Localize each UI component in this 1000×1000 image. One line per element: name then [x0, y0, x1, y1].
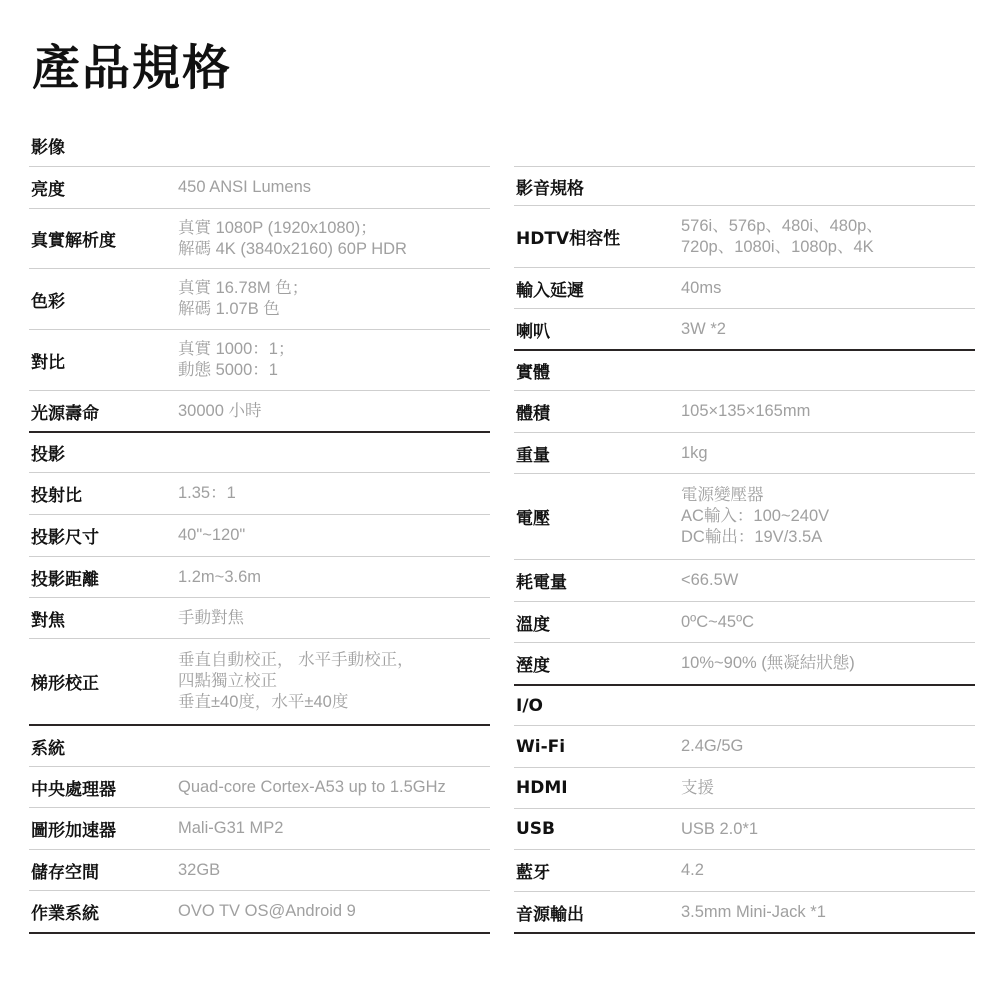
section-title: 系統	[29, 734, 65, 759]
spec-value: USB 2.0*1	[681, 819, 758, 840]
spec-label: 儲存空間	[29, 858, 178, 883]
spec-label: 作業系統	[29, 899, 178, 924]
spec-value: <66.5W	[681, 570, 738, 591]
spec-value: 40"~120"	[178, 525, 245, 546]
spec-label: 圖形加速器	[29, 816, 178, 841]
table-end-divider	[29, 932, 490, 934]
spec-label: 耗電量	[514, 568, 681, 593]
spec-row-speaker: 喇叭 3W *2	[514, 308, 975, 349]
spec-row-projection-distance: 投影距離 1.2m~3.6m	[29, 556, 490, 597]
section-header-av: 影音規格	[514, 166, 975, 205]
spec-row-humidity: 溼度 10%~90% (無凝結狀態)	[514, 642, 975, 684]
spec-row-os: 作業系統 OVO TV OS@Android 9	[29, 890, 490, 932]
spec-row-wifi: Wi-Fi 2.4G/5G	[514, 725, 975, 767]
spec-label: Wi-Fi	[514, 737, 681, 757]
spec-column-left: 影像 亮度 450 ANSI Lumens 真實解析度 真實 1080P (19…	[29, 125, 490, 934]
spec-row-throw-ratio: 投射比 1.35：1	[29, 472, 490, 514]
spec-row-power-consumption: 耗電量 <66.5W	[514, 559, 975, 601]
spec-value: 30000 小時	[178, 401, 261, 422]
spec-label: 溼度	[514, 651, 681, 676]
section-header-image: 影像	[29, 125, 490, 166]
spec-label: 真實解析度	[29, 226, 178, 251]
spec-row-voltage: 電壓 電源變壓器 AC輸入：100~240V DC輸出：19V/3.5A	[514, 473, 975, 559]
spec-label: 中央處理器	[29, 775, 178, 800]
spec-label: HDTV相容性	[514, 224, 681, 249]
spec-value: 32GB	[178, 860, 220, 881]
spec-label: 喇叭	[514, 317, 681, 342]
section-header-projection: 投影	[29, 431, 490, 472]
spec-row-usb: USB USB 2.0*1	[514, 808, 975, 849]
spec-label: 體積	[514, 399, 681, 424]
section-title: 影像	[29, 133, 65, 158]
section-title: I/O	[514, 696, 543, 716]
spec-label: 電壓	[514, 504, 681, 529]
spec-value: 40ms	[681, 278, 721, 299]
spec-value: 電源變壓器 AC輸入：100~240V DC輸出：19V/3.5A	[681, 485, 829, 548]
spec-row-keystone: 梯形校正 垂直自動校正， 水平手動校正， 四點獨立校正 垂直±40度，水平±40…	[29, 638, 490, 724]
spec-label: 藍牙	[514, 858, 681, 883]
spec-label: 對焦	[29, 606, 178, 631]
section-header-io: I/O	[514, 684, 975, 725]
spec-label: 音源輸出	[514, 900, 681, 925]
spec-value: Quad-core Cortex-A53 up to 1.5GHz	[178, 777, 446, 798]
spec-label: 對比	[29, 348, 178, 373]
spec-value: 2.4G/5G	[681, 736, 743, 757]
spec-value: 4.2	[681, 860, 704, 881]
spec-value: 垂直自動校正， 水平手動校正， 四點獨立校正 垂直±40度，水平±40度	[178, 650, 414, 713]
spec-row-weight: 重量 1kg	[514, 432, 975, 473]
spec-value: 手動對焦	[178, 608, 244, 629]
spec-value: 1.35：1	[178, 483, 236, 504]
spec-label: 溫度	[514, 610, 681, 635]
spec-row-hdmi: HDMI 支援	[514, 767, 975, 808]
spec-row-brightness: 亮度 450 ANSI Lumens	[29, 166, 490, 208]
spec-row-color: 色彩 真實 16.78M 色； 解碼 1.07B 色	[29, 268, 490, 329]
spec-row-bluetooth: 藍牙 4.2	[514, 849, 975, 891]
page-title: 產品規格	[32, 38, 232, 98]
spec-value: 3W *2	[681, 319, 726, 340]
spec-value: 1.2m~3.6m	[178, 567, 261, 588]
spec-value: Mali-G31 MP2	[178, 818, 283, 839]
spec-label: USB	[514, 819, 681, 839]
spec-value: OVO TV OS@Android 9	[178, 901, 356, 922]
spec-row-audio-out: 音源輸出 3.5mm Mini-Jack *1	[514, 891, 975, 932]
spec-label: 光源壽命	[29, 399, 178, 424]
spec-column-right: 影音規格 HDTV相容性 576i、576p、480i、480p、 720p、1…	[514, 125, 975, 934]
spec-label: 輸入延遲	[514, 276, 681, 301]
spec-row-hdtv: HDTV相容性 576i、576p、480i、480p、 720p、1080i、…	[514, 205, 975, 267]
spec-value: 576i、576p、480i、480p、 720p、1080i、1080p、4K	[681, 216, 883, 258]
spec-row-contrast: 對比 真實 1000：1； 動態 5000：1	[29, 329, 490, 390]
spec-row-cpu: 中央處理器 Quad-core Cortex-A53 up to 1.5GHz	[29, 766, 490, 807]
spec-value: 真實 1000：1； 動態 5000：1	[178, 339, 294, 381]
spec-label: 亮度	[29, 175, 178, 200]
spec-row-lamp-life: 光源壽命 30000 小時	[29, 390, 490, 431]
spec-value: 0ºC~45ºC	[681, 612, 754, 633]
spec-label: 投影距離	[29, 565, 178, 590]
spec-value: 支援	[681, 778, 714, 799]
spec-row-temperature: 溫度 0ºC~45ºC	[514, 601, 975, 642]
spec-label: 重量	[514, 441, 681, 466]
spec-value: 真實 16.78M 色； 解碼 1.07B 色	[178, 278, 308, 320]
spec-label: 投射比	[29, 481, 178, 506]
spec-label: 色彩	[29, 287, 178, 312]
spec-value: 3.5mm Mini-Jack *1	[681, 902, 826, 923]
section-header-system: 系統	[29, 724, 490, 766]
top-spacer	[514, 125, 975, 166]
spec-value: 1kg	[681, 443, 708, 464]
spec-value: 真實 1080P (1920x1080)； 解碼 4K (3840x2160) …	[178, 218, 407, 260]
section-title: 影音規格	[514, 174, 584, 199]
section-header-physical: 實體	[514, 349, 975, 390]
spec-row-focus: 對焦 手動對焦	[29, 597, 490, 638]
table-end-divider	[514, 932, 975, 934]
spec-row-input-lag: 輸入延遲 40ms	[514, 267, 975, 308]
spec-row-gpu: 圖形加速器 Mali-G31 MP2	[29, 807, 490, 849]
spec-row-storage: 儲存空間 32GB	[29, 849, 490, 890]
spec-row-projection-size: 投影尺寸 40"~120"	[29, 514, 490, 556]
spec-row-resolution: 真實解析度 真實 1080P (1920x1080)； 解碼 4K (3840x…	[29, 208, 490, 268]
spec-value: 10%~90% (無凝結狀態)	[681, 653, 855, 674]
section-title: 實體	[514, 358, 550, 383]
spec-label: 梯形校正	[29, 669, 178, 694]
spec-value: 450 ANSI Lumens	[178, 177, 311, 198]
spec-label: 投影尺寸	[29, 523, 178, 548]
section-title: 投影	[29, 440, 65, 465]
spec-label: HDMI	[514, 778, 681, 798]
spec-value: 105×135×165mm	[681, 401, 810, 422]
spec-row-dimensions: 體積 105×135×165mm	[514, 390, 975, 432]
